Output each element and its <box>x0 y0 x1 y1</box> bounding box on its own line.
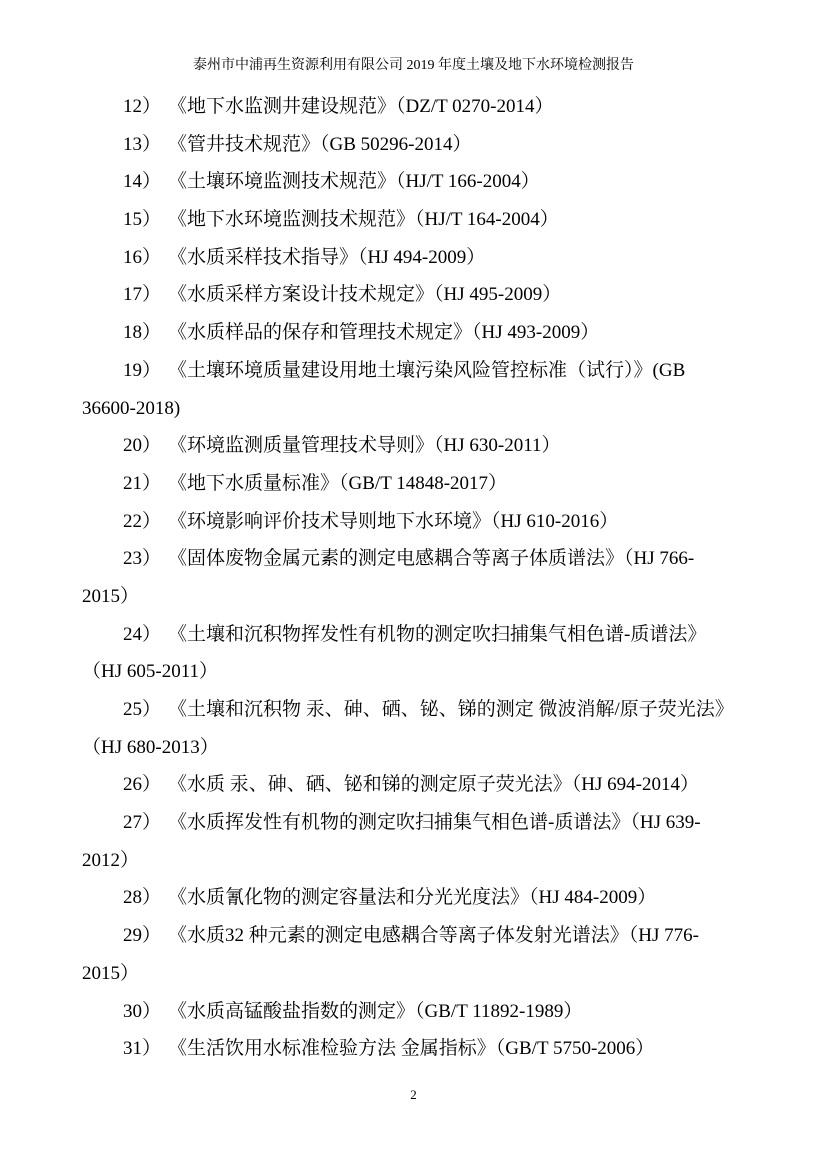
standards-list: 12）《地下水监测井建设规范》（DZ/T 0270-2014）13）《管井技术规… <box>82 88 745 1068</box>
list-item-14: 14）《土壤环境监测技术规范》（HJ/T 166-2004） <box>82 163 745 201</box>
list-item-16: 16）《水质采样技术指导》（HJ 494-2009） <box>82 239 745 277</box>
list-item-29-continuation: 2015） <box>82 955 745 993</box>
list-item-26: 26）《水质 汞、砷、硒、铋和锑的测定原子荧光法》（HJ 694-2014） <box>82 766 745 804</box>
list-item-text: 《土壤和沉积物 汞、砷、硒、铋、锑的测定 微波消解/原子荧光法》 <box>168 699 734 720</box>
list-item-29: 29）《水质32 种元素的测定电感耦合等离子体发射光谱法》（HJ 776- <box>82 917 745 955</box>
list-item-text: 《固体废物金属元素的测定电感耦合等离子体质谱法》（HJ 766- <box>168 548 694 569</box>
list-item-text: 《水质采样方案设计技术规定》（HJ 495-2009） <box>168 284 561 305</box>
list-item-number: 31） <box>123 1030 161 1068</box>
list-item-text: 《环境监测质量管理技术导则》（HJ 630-2011） <box>168 435 561 456</box>
list-item-text: 《水质 汞、砷、硒、铋和锑的测定原子荧光法》（HJ 694-2014） <box>168 774 699 795</box>
list-item-number: 18） <box>123 314 161 352</box>
list-item-text: 《水质高锰酸盐指数的测定》（GB/T 11892-1989） <box>168 1001 582 1022</box>
list-item-number: 29） <box>123 917 161 955</box>
list-item-30: 30）《水质高锰酸盐指数的测定》（GB/T 11892-1989） <box>82 993 745 1031</box>
list-item-text: 《生活饮用水标准检验方法 金属指标》（GB/T 5750-2006） <box>168 1038 654 1059</box>
list-item-27-continuation: 2012） <box>82 842 745 880</box>
list-item-text: 《水质采样技术指导》（HJ 494-2009） <box>168 247 485 268</box>
list-item-number: 13） <box>123 126 161 164</box>
list-item-number: 14） <box>123 163 161 201</box>
list-item-25: 25）《土壤和沉积物 汞、砷、硒、铋、锑的测定 微波消解/原子荧光法》 <box>82 691 745 729</box>
list-item-number: 22） <box>123 503 161 541</box>
list-item-text: 《水质挥发性有机物的测定吹扫捕集气相色谱-质谱法》（HJ 639- <box>168 812 701 833</box>
list-item-24-continuation: （HJ 605-2011） <box>82 653 745 691</box>
list-item-text: 《地下水质量标准》（GB/T 14848-2017） <box>168 473 507 494</box>
list-item-text: 《水质样品的保存和管理技术规定》（HJ 493-2009） <box>168 322 599 343</box>
list-item-21: 21）《地下水质量标准》（GB/T 14848-2017） <box>82 465 745 503</box>
list-item-text: 《环境影响评价技术导则地下水环境》（HJ 610-2016） <box>168 511 618 532</box>
list-item-number: 16） <box>123 239 161 277</box>
list-item-23-continuation: 2015） <box>82 578 745 616</box>
list-item-text: 《土壤和沉积物挥发性有机物的测定吹扫捕集气相色谱-质谱法》 <box>168 624 706 645</box>
list-item-number: 20） <box>123 427 161 465</box>
list-item-number: 23） <box>123 540 161 578</box>
list-item-number: 19） <box>123 352 161 390</box>
document-page: 泰州市中浦再生资源利用有限公司 2019 年度土壤及地下水环境检测报告 12）《… <box>0 0 827 1169</box>
list-item-number: 30） <box>123 993 161 1031</box>
list-item-17: 17）《水质采样方案设计技术规定》（HJ 495-2009） <box>82 276 745 314</box>
list-item-18: 18）《水质样品的保存和管理技术规定》（HJ 493-2009） <box>82 314 745 352</box>
list-item-28: 28）《水质氰化物的测定容量法和分光光度法》（HJ 484-2009） <box>82 879 745 917</box>
list-item-number: 15） <box>123 201 161 239</box>
list-item-number: 28） <box>123 879 161 917</box>
list-item-number: 24） <box>123 616 161 654</box>
list-item-23: 23）《固体废物金属元素的测定电感耦合等离子体质谱法》（HJ 766- <box>82 540 745 578</box>
list-item-text: 《土壤环境监测技术规范》（HJ/T 166-2004） <box>168 171 540 192</box>
list-item-20: 20）《环境监测质量管理技术导则》（HJ 630-2011） <box>82 427 745 465</box>
list-item-text: 《水质氰化物的测定容量法和分光光度法》（HJ 484-2009） <box>168 887 656 908</box>
list-item-number: 27） <box>123 804 161 842</box>
list-item-text: 《地下水环境监测技术规范》（HJ/T 164-2004） <box>168 209 559 230</box>
list-item-31: 31）《生活饮用水标准检验方法 金属指标》（GB/T 5750-2006） <box>82 1030 745 1068</box>
list-item-text: 《管井技术规范》（GB 50296-2014） <box>168 134 471 155</box>
list-item-19-continuation: 36600-2018) <box>82 390 745 428</box>
list-item-13: 13）《管井技术规范》（GB 50296-2014） <box>82 126 745 164</box>
document-header-title: 泰州市中浦再生资源利用有限公司 2019 年度土壤及地下水环境检测报告 <box>0 57 827 75</box>
list-item-number: 12） <box>123 88 161 126</box>
list-item-number: 26） <box>123 766 161 804</box>
list-item-12: 12）《地下水监测井建设规范》（DZ/T 0270-2014） <box>82 88 745 126</box>
list-item-24: 24）《土壤和沉积物挥发性有机物的测定吹扫捕集气相色谱-质谱法》 <box>82 616 745 654</box>
list-item-27: 27）《水质挥发性有机物的测定吹扫捕集气相色谱-质谱法》（HJ 639- <box>82 804 745 842</box>
list-item-text: 《地下水监测井建设规范》（DZ/T 0270-2014） <box>168 96 553 117</box>
list-item-15: 15）《地下水环境监测技术规范》（HJ/T 164-2004） <box>82 201 745 239</box>
list-item-22: 22）《环境影响评价技术导则地下水环境》（HJ 610-2016） <box>82 503 745 541</box>
page-number: 2 <box>0 1087 827 1103</box>
list-item-number: 21） <box>123 465 161 503</box>
list-item-text: 《土壤环境质量建设用地土壤污染风险管控标准（试行）》(GB <box>168 360 685 381</box>
list-item-number: 25） <box>123 691 161 729</box>
list-item-number: 17） <box>123 276 161 314</box>
list-item-text: 《水质32 种元素的测定电感耦合等离子体发射光谱法》（HJ 776- <box>168 925 699 946</box>
list-item-25-continuation: （HJ 680-2013） <box>82 729 745 767</box>
list-item-19: 19）《土壤环境质量建设用地土壤污染风险管控标准（试行）》(GB <box>82 352 745 390</box>
